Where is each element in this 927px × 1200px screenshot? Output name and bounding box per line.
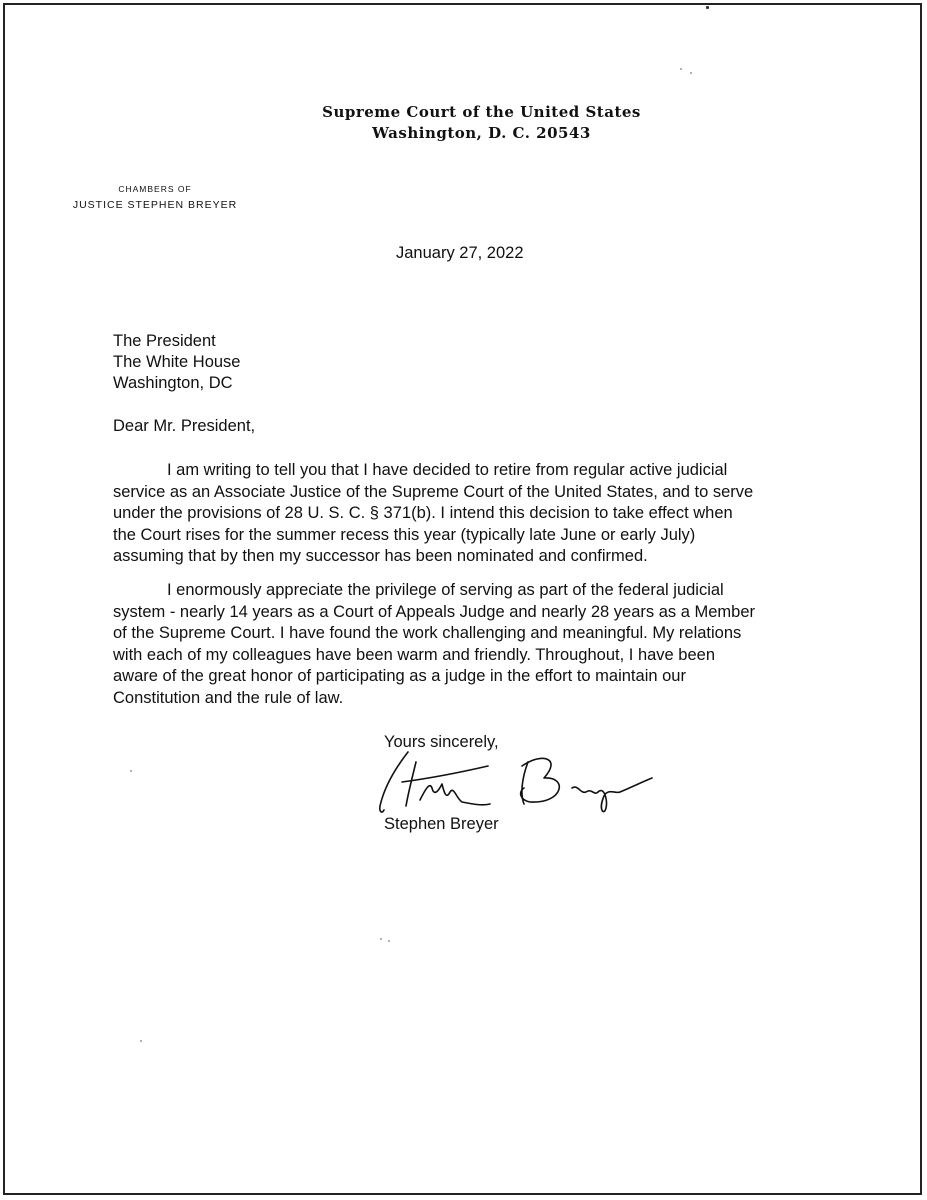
letter-date: January 27, 2022 (396, 244, 524, 263)
recipient-line: The President (113, 332, 216, 351)
paragraph-line: the Court rises for the summer recess th… (113, 525, 823, 547)
salutation: Dear Mr. President, (113, 417, 255, 436)
recipient-line: Washington, DC (113, 374, 233, 393)
paragraph-line: system - nearly 14 years as a Court of A… (113, 602, 823, 624)
chambers-justice: JUSTICE STEPHEN BREYER (50, 199, 260, 211)
scan-artifact (706, 6, 709, 9)
paragraph-line: of the Supreme Court. I have found the w… (113, 623, 823, 645)
scan-artifact (130, 770, 132, 772)
paragraph-line: I am writing to tell you that I have dec… (113, 460, 823, 482)
signature-icon (372, 748, 662, 820)
scan-artifact (690, 72, 692, 74)
body-paragraph-2: I enormously appreciate the privilege of… (113, 580, 823, 709)
paragraph-line: with each of my colleagues have been war… (113, 645, 823, 667)
letterhead-address: Washington, D. C. 20543 (18, 124, 927, 142)
signer-name: Stephen Breyer (384, 815, 499, 834)
paragraph-line: Constitution and the rule of law. (113, 688, 823, 710)
letterhead-court: Supreme Court of the United States (18, 103, 927, 121)
paragraph-line: I enormously appreciate the privilege of… (113, 580, 823, 602)
paragraph-line: under the provisions of 28 U. S. C. § 37… (113, 503, 823, 525)
scan-artifact (388, 940, 390, 942)
paragraph-line: assuming that by then my successor has b… (113, 546, 823, 568)
scan-artifact (380, 938, 382, 940)
scan-artifact (140, 1040, 142, 1042)
paragraph-line: aware of the great honor of participatin… (113, 666, 823, 688)
chambers-label: CHAMBERS OF (50, 184, 260, 194)
scan-artifact (680, 68, 682, 70)
paragraph-line: service as an Associate Justice of the S… (113, 482, 823, 504)
recipient-line: The White House (113, 353, 240, 372)
body-paragraph-1: I am writing to tell you that I have dec… (113, 460, 823, 568)
